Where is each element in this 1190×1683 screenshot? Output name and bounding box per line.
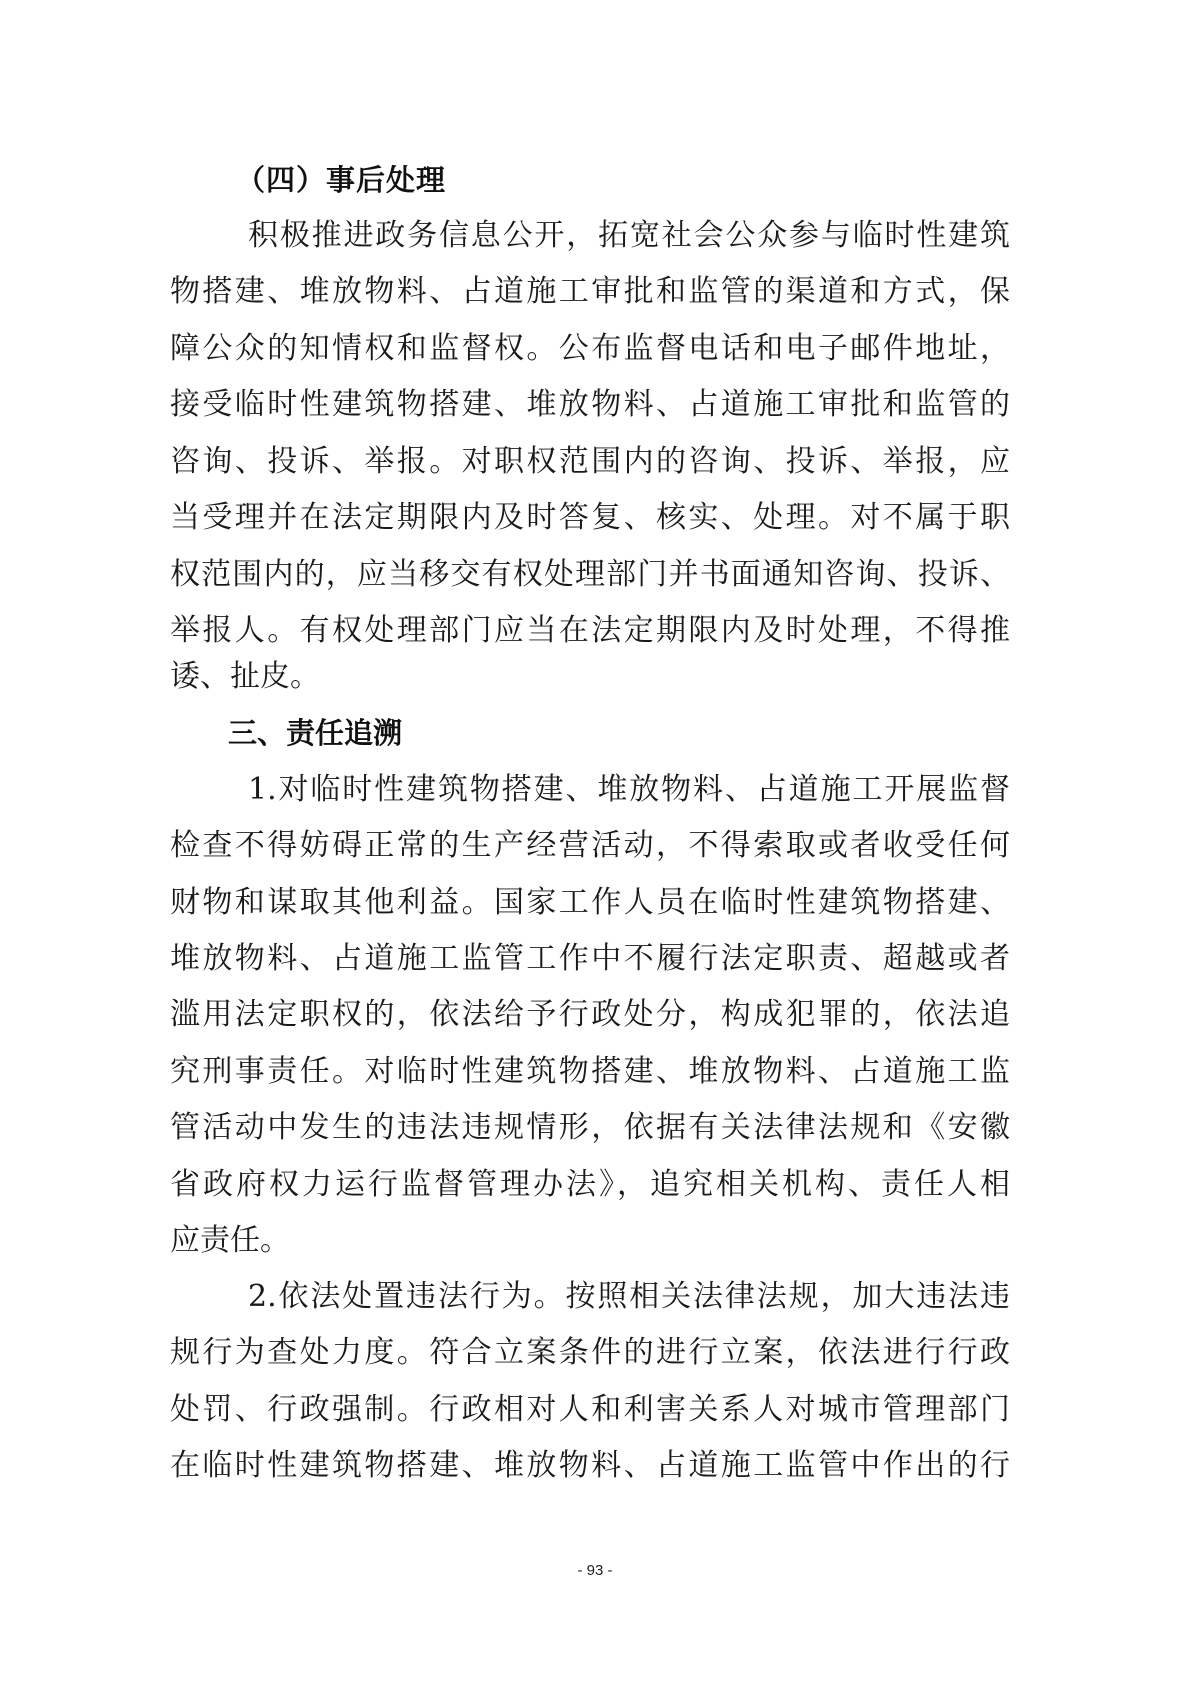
paragraph-line: 积极推进政务信息公开，拓宽社会公众参与临时性建筑 [248,216,1010,256]
paragraph-line: 滥用法定职权的，依法给予行政处分，构成犯罪的，依法追 [170,995,1010,1035]
paragraph-line: 1.对临时性建筑物搭建、堆放物料、占道施工开展监督 [248,770,1010,810]
paragraph-line: 当受理并在法定期限内及时答复、核实、处理。对不属于职 [170,498,1010,538]
paragraph-line: 处罚、行政强制。行政相对人和利害关系人对城市管理部门 [170,1390,1010,1430]
section-heading-post-processing: （四）事后处理 [236,160,446,200]
paragraph-line: 省政府权力运行监督管理办法》，追究相关机构、责任人相 [170,1165,1010,1205]
paragraph-line: 举报人。有权处理部门应当在法定期限内及时处理，不得推 [170,611,1010,651]
page-number: - 93 - [0,1562,1190,1579]
paragraph-line: 权范围内的，应当移交有权处理部门并书面通知咨询、投诉、 [170,555,1010,595]
paragraph-line: 检查不得妨碍正常的生产经营活动，不得索取或者收受任何 [170,826,1010,866]
paragraph-line: 规行为查处力度。符合立案条件的进行立案，依法进行行政 [170,1333,1010,1373]
paragraph-line: 财物和谋取其他利益。国家工作人员在临时性建筑物搭建、 [170,883,1010,923]
paragraph-line: 在临时性建筑物搭建、堆放物料、占道施工监管中作出的行 [170,1446,1010,1486]
paragraph-line: 应责任。 [170,1221,1010,1261]
paragraph-line: 堆放物料、占道施工监管工作中不履行法定职责、超越或者 [170,939,1010,979]
paragraph-line: 管活动中发生的违法违规情形，依据有关法律法规和《安徽 [170,1108,1010,1148]
section-heading-accountability: 三、责任追溯 [228,713,402,753]
paragraph-line: 接受临时性建筑物搭建、堆放物料、占道施工审批和监管的 [170,385,1010,425]
paragraph-line: 究刑事责任。对临时性建筑物搭建、堆放物料、占道施工监 [170,1052,1010,1092]
document-page: （四）事后处理 积极推进政务信息公开，拓宽社会公众参与临时性建筑 物搭建、堆放物… [0,0,1190,1683]
paragraph-line: 物搭建、堆放物料、占道施工审批和监管的渠道和方式，保 [170,272,1010,312]
paragraph-line: 咨询、投诉、举报。对职权范围内的咨询、投诉、举报，应 [170,442,1010,482]
paragraph-line: 诿、扯皮。 [170,657,1010,697]
paragraph-line: 障公众的知情权和监督权。公布监督电话和电子邮件地址， [170,329,1010,369]
paragraph-line: 2.依法处置违法行为。按照相关法律法规，加大违法违 [248,1277,1010,1317]
